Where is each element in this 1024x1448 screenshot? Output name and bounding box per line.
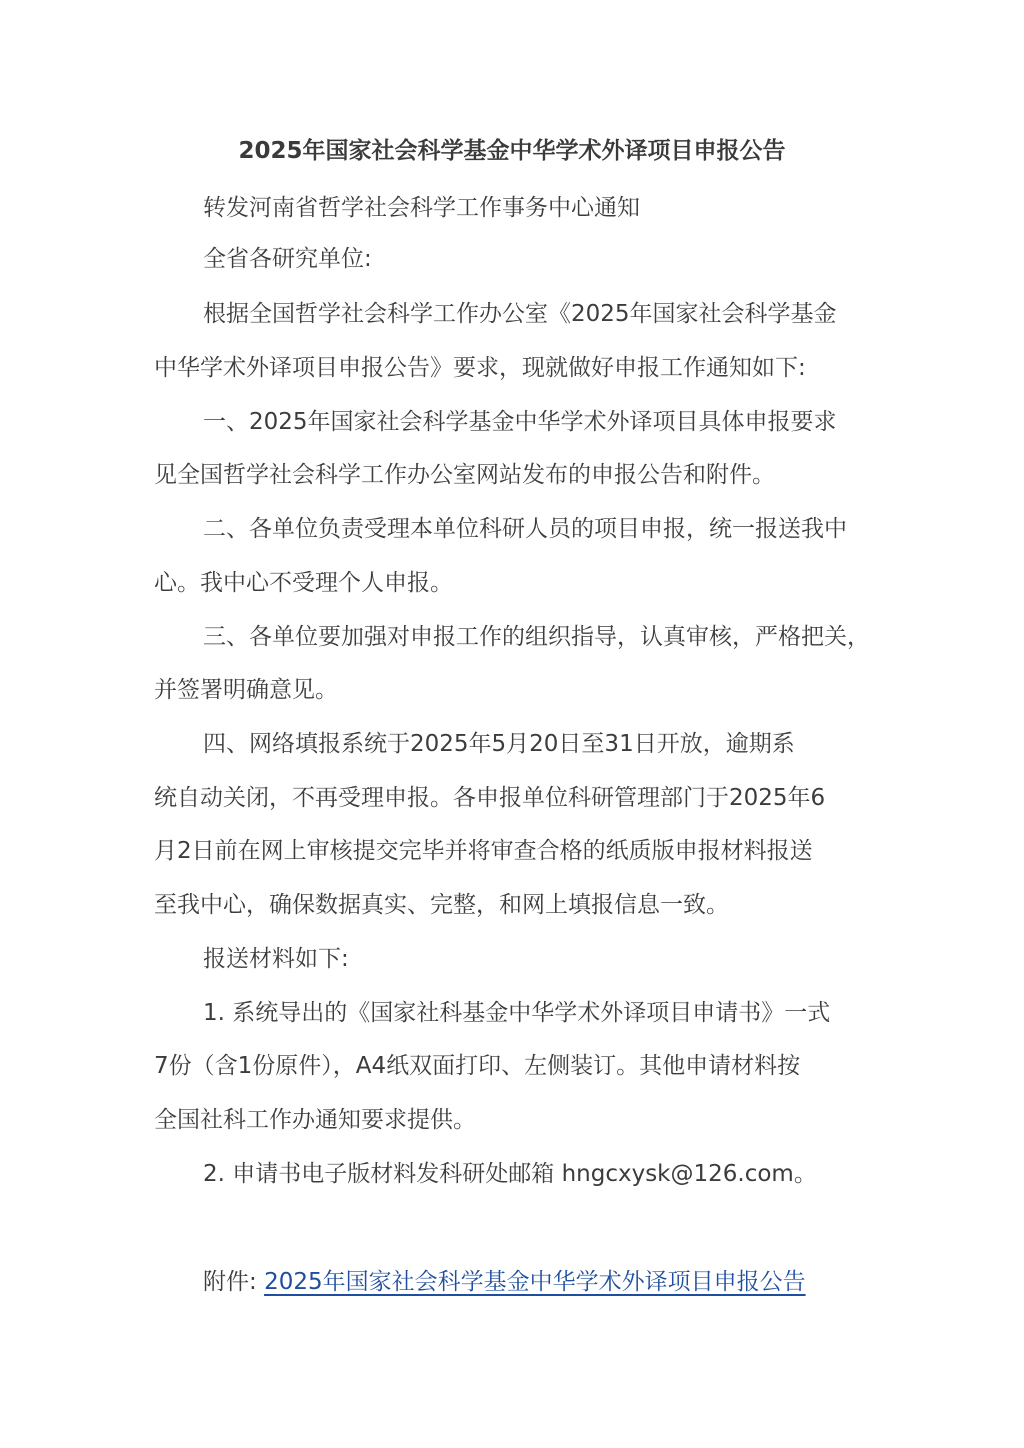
paragraph-item-3-line: 并签署明确意见。 xyxy=(154,672,338,708)
paragraph-item-3-line: 三、各单位要加强对申报工作的组织指导，认真审核，严格把关， xyxy=(203,619,870,655)
subtitle: 转发河南省哲学社会科学工作事务中心通知 xyxy=(203,190,640,226)
paragraph-intro-line: 中华学术外译项目申报公告》要求，现就做好申报工作通知如下: xyxy=(154,350,806,386)
paragraph-item-4-line: 统自动关闭，不再受理申报。各申报单位科研管理部门于2025年6 xyxy=(154,780,825,816)
salutation: 全省各研究单位: xyxy=(203,241,372,277)
attachment-label: 附件: xyxy=(203,1269,257,1295)
attachment-row: 附件: 2025年国家社会科学基金中华学术外译项目申报公告 xyxy=(203,1264,806,1300)
materials-item-1-line: 7份（含1份原件），A4纸双面打印、左侧装订。其他申请材料按 xyxy=(154,1048,800,1084)
document-page: 2025年国家社会科学基金中华学术外译项目申报公告 转发河南省哲学社会科学工作事… xyxy=(0,0,1024,1448)
paragraph-intro-line: 根据全国哲学社会科学工作办公室《2025年国家社会科学基金 xyxy=(203,296,837,332)
paragraph-item-2-line: 心。我中心不受理个人申报。 xyxy=(154,565,453,601)
document-title: 2025年国家社会科学基金中华学术外译项目申报公告 xyxy=(0,133,1024,169)
paragraph-item-4-line: 至我中心，确保数据真实、完整，和网上填报信息一致。 xyxy=(154,887,729,923)
materials-item-1-line: 1. 系统导出的《国家社科基金中华学术外译项目申请书》一式 xyxy=(203,995,830,1031)
paragraph-item-4-line: 四、网络填报系统于2025年5月20日至31日开放，逾期系 xyxy=(203,726,795,762)
paragraph-item-2-line: 二、各单位负责受理本单位科研人员的项目申报，统一报送我中 xyxy=(203,511,847,547)
paragraph-item-1-line: 一、2025年国家社会科学基金中华学术外译项目具体申报要求 xyxy=(203,404,837,440)
materials-item-1-line: 全国社科工作办通知要求提供。 xyxy=(154,1102,476,1138)
materials-item-2-line: 2. 申请书电子版材料发科研处邮箱 hngcxysk@126.com。 xyxy=(203,1156,817,1192)
paragraph-item-4-line: 月2日前在网上审核提交完毕并将审查合格的纸质版申报材料报送 xyxy=(154,833,813,869)
materials-heading: 报送材料如下: xyxy=(203,941,349,977)
paragraph-item-1-line: 见全国哲学社会科学工作办公室网站发布的申报公告和附件。 xyxy=(154,457,775,493)
attachment-link[interactable]: 2025年国家社会科学基金中华学术外译项目申报公告 xyxy=(264,1269,806,1295)
